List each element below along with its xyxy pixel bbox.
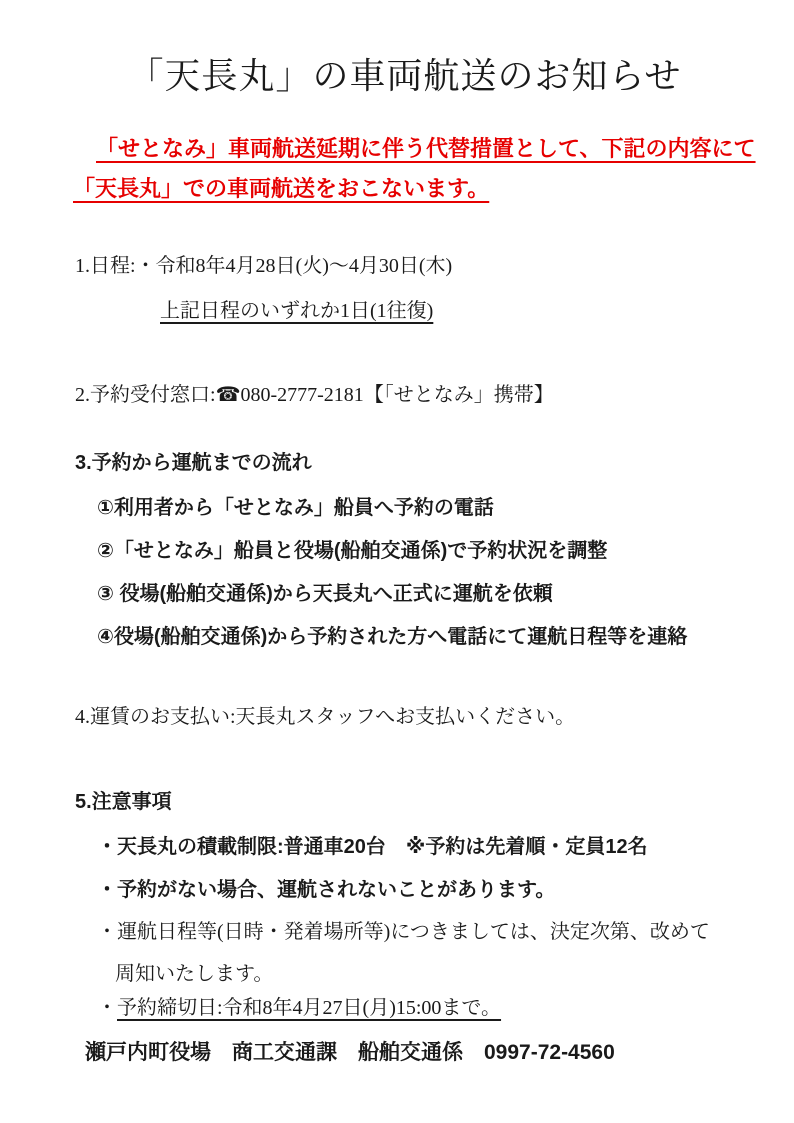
reservation-contact-label: 2.予約受付窓口: <box>75 384 216 406</box>
schedule-note-line: 上記日程のいずれか1日(1往復) <box>160 296 734 326</box>
page-title: 「天長丸」の車両航送のお知らせ <box>75 52 734 100</box>
intro-paragraph-line-2: 「天長丸」での車両航送をおこないます。 <box>73 169 734 209</box>
flow-heading: 3.予約から運航までの流れ <box>75 448 734 478</box>
phone-icon: ☎ <box>216 382 241 406</box>
payment-item: 4.運賃のお支払い:天長丸スタッフへお支払いください。 <box>75 702 734 732</box>
flow-step-4: ④役場(船舶交通係)から予約された方へ電話にて運航日程等を連絡 <box>97 622 734 652</box>
cautions-heading: 5.注意事項 <box>75 787 734 817</box>
intro-line-2-text: 「天長丸」での車両航送をおこないます。 <box>73 176 489 201</box>
flow-step-3: ③ 役場(船舶交通係)から天長丸へ正式に運航を依頼 <box>97 579 734 609</box>
intro-line-1-text: 「せとなみ」車両航送延期に伴う代替措置として、下記の内容にて <box>96 136 756 161</box>
note-no-reservation: ・予約がない場合、運航されないことがあります。 <box>97 875 734 905</box>
note-schedule-line-1: ・運航日程等(日時・発着場所等)につきましては、決定次第、改めて <box>97 917 734 947</box>
contact-phone-number: 080-2777-2181 <box>240 384 363 406</box>
reservation-contact-item: 2.予約受付窓口:☎080-2777-2181【「せとなみ」携帯】 <box>75 379 734 410</box>
note-deadline-text: 予約締切日:令和8年4月27日(月)15:00まで。 <box>117 997 501 1019</box>
schedule-item: 1.日程:・令和8年4月28日(火)～4月30日(木) <box>75 251 734 281</box>
note-schedule-line-2: 周知いたします。 <box>115 959 734 989</box>
footer-contact: 瀬戸内町役場 商工交通課 船舶交通係 0997-72-4560 <box>85 1037 734 1069</box>
flow-step-2: ②「せとなみ」船員と役場(船舶交通係)で予約状況を調整 <box>97 536 734 566</box>
notice-page: 「天長丸」の車両航送のお知らせ 「せとなみ」車両航送延期に伴う代替措置として、下… <box>0 0 794 1123</box>
note-deadline-bullet: ・ <box>97 997 117 1019</box>
intro-paragraph-line-1: 「せとなみ」車両航送延期に伴う代替措置として、下記の内容にて <box>75 129 734 169</box>
note-deadline: ・予約締切日:令和8年4月27日(月)15:00まで。 <box>97 993 734 1023</box>
schedule-note-text: 上記日程のいずれか1日(1往復) <box>160 300 433 322</box>
flow-step-1: ①利用者から「せとなみ」船員へ予約の電話 <box>97 493 734 523</box>
reservation-contact-suffix: 【「せとなみ」携帯】 <box>364 384 554 406</box>
note-capacity: ・天長丸の積載制限:普通車20台 ※予約は先着順・定員12名 <box>97 832 734 862</box>
